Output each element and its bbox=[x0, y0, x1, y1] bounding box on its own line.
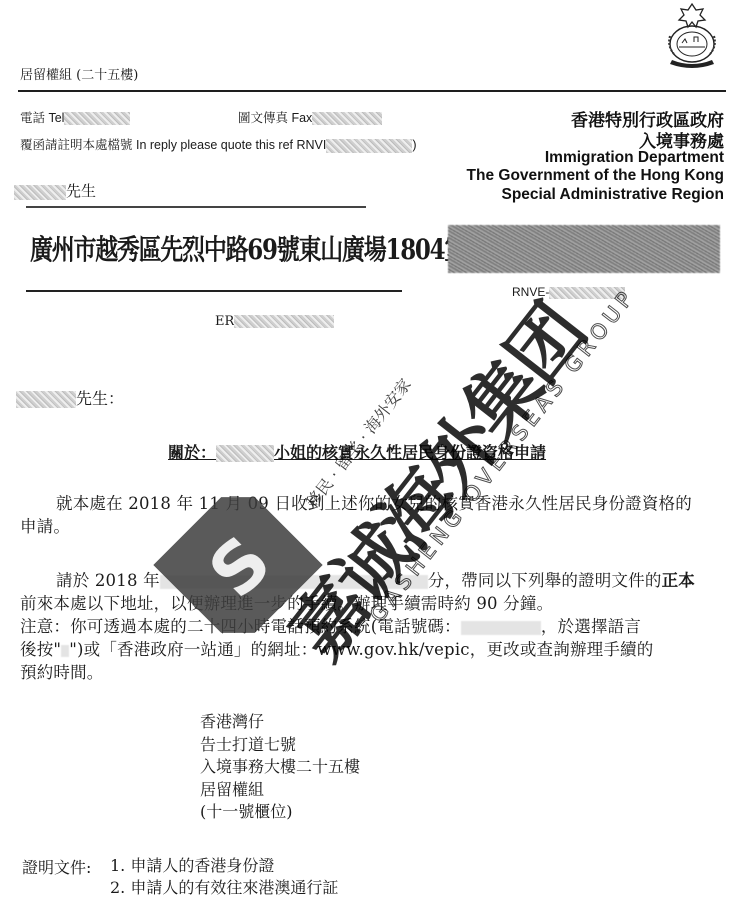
fax-label: 圖文傳真 Fax bbox=[238, 111, 312, 125]
ref-label: 覆函請註明本處檔號 In reply please quote this ref… bbox=[20, 138, 326, 152]
para2-bold: 正本 bbox=[662, 571, 695, 590]
recipient-address: 廣州市越秀區先烈中路69號東山廣場1804室 bbox=[30, 228, 466, 268]
dept-en-government-2: Special Administrative Region bbox=[501, 186, 724, 204]
office-address: 香港灣仔 告士打道七號 入境事務大樓二十五樓 居留權組 (十一號櫃位) bbox=[200, 711, 360, 824]
paragraph-2-line-2: 前來本處以下地址，以便辦理進一步的手續。辦理手續需時約 90 分鐘。 bbox=[20, 592, 732, 615]
para2-start: 請於 2018 年 bbox=[56, 571, 160, 590]
salutation-text: 先生： bbox=[76, 389, 124, 408]
redacted-key bbox=[61, 645, 69, 657]
tel-label: 電話 Tel bbox=[20, 111, 64, 125]
subject-line: 關於：小姐的核實永久性居民身份證資格申請 bbox=[168, 440, 546, 463]
address-top-rule bbox=[26, 206, 366, 208]
redacted-name bbox=[14, 185, 66, 200]
tel-line: 電話 Tel bbox=[20, 108, 130, 126]
dept-en-department: Immigration Department bbox=[545, 149, 724, 167]
redacted-reference-block bbox=[448, 225, 720, 273]
office-address-line: 香港灣仔 bbox=[200, 711, 360, 734]
section-label: 居留權組 (二十五樓) bbox=[20, 64, 138, 83]
ref-suffix: ) bbox=[412, 138, 416, 152]
fax-line: 圖文傳真 Fax bbox=[238, 108, 382, 126]
salutation: 先生： bbox=[16, 386, 124, 409]
rnve-label: RNVE- bbox=[512, 285, 549, 299]
redacted-phone bbox=[461, 621, 541, 635]
office-address-line: 告士打道七號 bbox=[200, 734, 360, 757]
subject-prefix: 關於： bbox=[168, 443, 216, 462]
note-line-2: 後按"")或「香港政府一站通」的網址：www.gov.hk/vepic，更改或查… bbox=[20, 638, 732, 661]
recipient-name: 先生 bbox=[14, 180, 96, 201]
documents-label: 證明文件: bbox=[22, 855, 91, 878]
header-divider bbox=[18, 90, 726, 92]
para2-end: 分，帶同以下列舉的證明文件的 bbox=[428, 571, 662, 590]
paragraph-1: 就本處在 2018 年 11 月 09 日收到上述你的女兒的核實香港永久性居民身… bbox=[20, 492, 730, 538]
address-bottom-rule bbox=[26, 290, 402, 292]
paragraph-2-line-1: 請於 2018 年分，帶同以下列舉的證明文件的正本 bbox=[20, 569, 732, 592]
redacted-salutation-name bbox=[16, 391, 76, 408]
note-end: ，於選擇語言 bbox=[541, 617, 641, 636]
office-address-line: (十一號櫃位) bbox=[200, 801, 360, 824]
office-address-line: 居留權組 bbox=[200, 779, 360, 802]
redacted-er bbox=[234, 315, 334, 328]
redacted-rnve bbox=[549, 287, 625, 299]
note2-start: 後按" bbox=[20, 640, 61, 659]
document-item: 2. 申請人的有效往來港澳通行証 bbox=[110, 877, 338, 899]
rnve-reference: RNVE- bbox=[512, 285, 625, 299]
redacted-ref bbox=[326, 139, 412, 153]
documents-list: 1. 申請人的香港身份證 2. 申請人的有效往來港澳通行証 bbox=[110, 855, 338, 899]
dept-en-government-1: The Government of the Hong Kong bbox=[467, 167, 724, 185]
er-label: ER bbox=[215, 314, 234, 329]
redacted-subject-name bbox=[216, 445, 274, 462]
office-address-line: 入境事務大樓二十五樓 bbox=[200, 756, 360, 779]
ref-line: 覆函請註明本處檔號 In reply please quote this ref… bbox=[20, 135, 417, 153]
document-item: 1. 申請人的香港身份證 bbox=[110, 855, 338, 877]
hksar-emblem-icon bbox=[660, 2, 724, 68]
redacted-tel bbox=[64, 112, 130, 125]
subject-body: 小姐的核實永久性居民身份證資格申請 bbox=[274, 443, 546, 462]
note2-end: ")或「香港政府一站通」的網址：www.gov.hk/vepic，更改或查詢辦理… bbox=[69, 640, 653, 659]
paragraph-2: 請於 2018 年分，帶同以下列舉的證明文件的正本 前來本處以下地址，以便辦理進… bbox=[20, 569, 732, 684]
paragraph-1-line-1: 就本處在 2018 年 11 月 09 日收到上述你的女兒的核實香港永久性居民身… bbox=[20, 492, 730, 515]
paragraph-1-line-2: 申請。 bbox=[20, 515, 730, 538]
er-reference: ER bbox=[215, 314, 334, 329]
redacted-fax bbox=[312, 112, 382, 125]
note-line-1: 注意：你可透過本處的二十四小時電話預約系統(電話號碼：，於選擇語言 bbox=[20, 615, 732, 638]
recipient-suffix: 先生 bbox=[66, 182, 96, 200]
note-line-3: 預約時間。 bbox=[20, 661, 732, 684]
